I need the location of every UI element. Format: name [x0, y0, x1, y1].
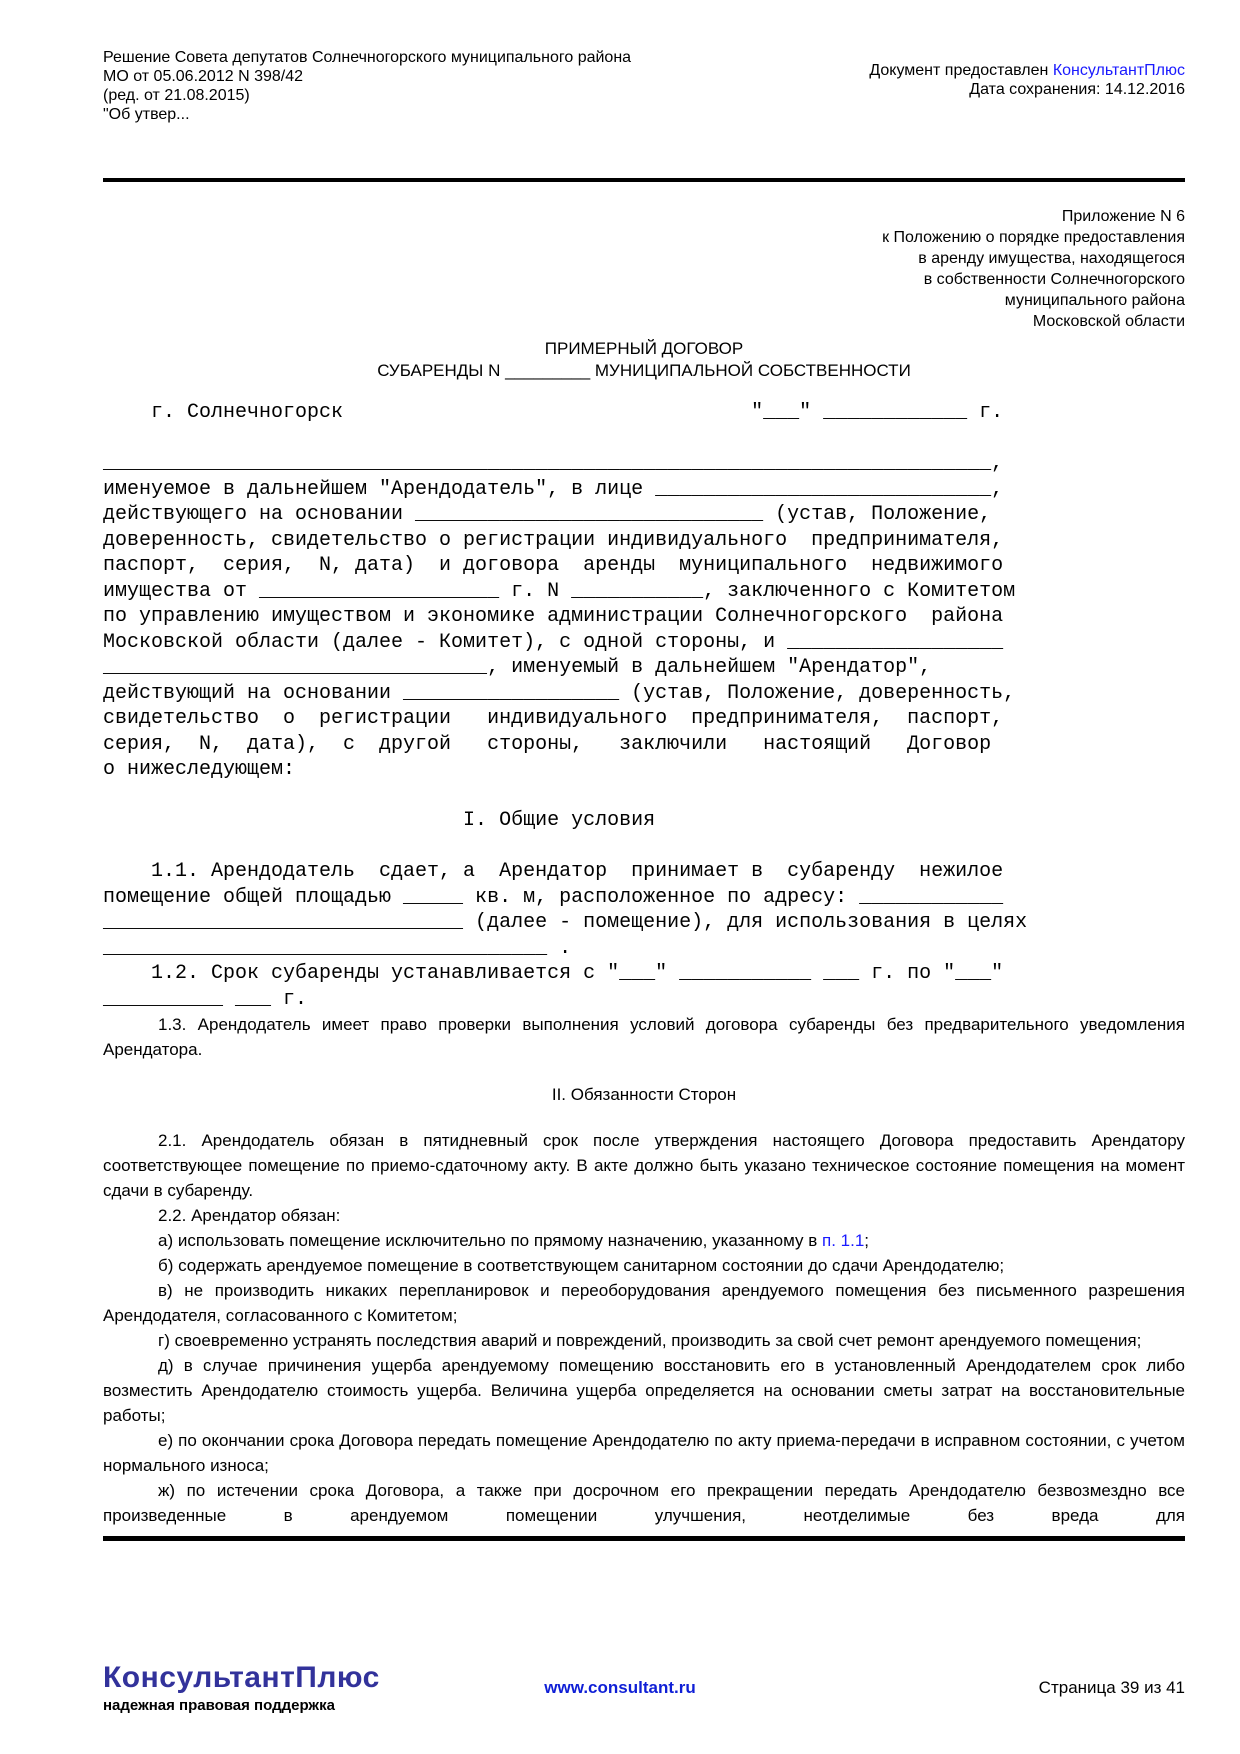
- clause-d: д) в случае причинения ущерба арендуемом…: [103, 1353, 1185, 1428]
- consultantplus-link[interactable]: КонсультантПлюс: [1053, 62, 1185, 79]
- logo-tagline: надежная правовая поддержка: [103, 1697, 1185, 1714]
- doc-reference-line: Решение Совета депутатов Солнечногорског…: [103, 48, 631, 67]
- annex-line: муниципального района: [103, 290, 1185, 311]
- doc-reference: Решение Совета депутатов Солнечногорског…: [103, 48, 631, 124]
- clause-zh: ж) по истечении срока Договора, а также …: [103, 1478, 1185, 1528]
- clause-a-tail: ;: [864, 1231, 869, 1250]
- annex-line: в собственности Солнечногорского: [103, 269, 1185, 290]
- doc-footer: КонсультантПлюс надежная правовая поддер…: [0, 1662, 1240, 1714]
- contract-title-line2: СУБАРЕНДЫ N _________ МУНИЦИПАЛЬНОЙ СОБС…: [103, 360, 1185, 382]
- clause-a-text: а) использовать помещение исключительно …: [158, 1231, 822, 1250]
- annex-line: в аренду имущества, находящегося: [103, 248, 1185, 269]
- clause-a: а) использовать помещение исключительно …: [103, 1228, 1185, 1253]
- clause-v: в) не производить никаких перепланировок…: [103, 1278, 1185, 1328]
- contract-title-line1: ПРИМЕРНЫЙ ДОГОВОР: [103, 338, 1185, 360]
- doc-provided-prefix: Документ предоставлен: [869, 62, 1052, 79]
- doc-provided-line: Документ предоставлен КонсультантПлюс: [869, 61, 1185, 80]
- page-number-label: Страница 39 из 41: [1039, 1678, 1185, 1698]
- annex-line: к Положению о порядке предоставления: [103, 227, 1185, 248]
- clause-b: б) содержать арендуемое помещение в соот…: [103, 1253, 1185, 1278]
- consultant-site-link[interactable]: www.consultant.ru: [544, 1678, 695, 1698]
- section-2-heading: II. Обязанности Сторон: [103, 1084, 1185, 1106]
- clause-1-1-link[interactable]: п. 1.1: [822, 1231, 864, 1250]
- contract-preformatted-text: г. Солнечногорск "___" ____________ г. _…: [103, 400, 1185, 1012]
- doc-reference-line: МО от 05.06.2012 N 398/42: [103, 67, 631, 86]
- doc-reference-line: "Об утвер...: [103, 105, 631, 124]
- clause-g: г) своевременно устранять последствия ав…: [103, 1328, 1185, 1353]
- separator-line-bottom: [103, 1536, 1185, 1541]
- clause-2-2: 2.2. Арендатор обязан:: [103, 1203, 1185, 1228]
- annex-line: Московской области: [103, 311, 1185, 332]
- clause-e: е) по окончании срока Договора передать …: [103, 1428, 1185, 1478]
- clause-1-3: 1.3. Арендодатель имеет право проверки в…: [103, 1012, 1185, 1062]
- doc-reference-line: (ред. от 21.08.2015): [103, 86, 631, 105]
- separator-line-top: [103, 178, 1185, 182]
- contract-title: ПРИМЕРНЫЙ ДОГОВОР СУБАРЕНДЫ N _________ …: [103, 338, 1185, 382]
- annex-block: Приложение N 6 к Положению о порядке пре…: [103, 206, 1185, 332]
- annex-line: Приложение N 6: [103, 206, 1185, 227]
- doc-provided-block: Документ предоставлен КонсультантПлюс Да…: [869, 61, 1185, 99]
- document-page: Решение Совета депутатов Солнечногорског…: [0, 0, 1240, 1754]
- doc-header: Решение Совета депутатов Солнечногорског…: [103, 48, 1185, 124]
- clause-2-1: 2.1. Арендодатель обязан в пятидневный с…: [103, 1128, 1185, 1203]
- doc-saved-date: Дата сохранения: 14.12.2016: [869, 80, 1185, 99]
